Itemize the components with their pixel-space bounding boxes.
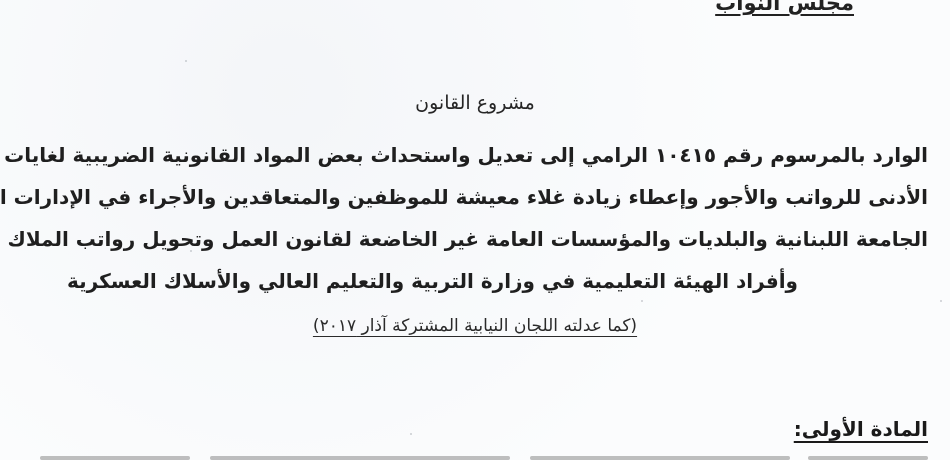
scan-speck [641,300,643,302]
paragraph-line-4: وأفراد الهيئة التعليمية في وزارة التربية… [224,268,798,294]
paragraph-line-1: الوارد بالمرسوم رقم ١٠٤١٥ الرامي إلى تعد… [28,142,928,168]
scan-speck [940,300,942,302]
amendment-note: (كما عدلته اللجان النيابية المشتركة آذار… [0,316,950,336]
issuing-body-header: مجلس النواب [715,0,854,15]
cropped-next-line [0,452,950,460]
cropped-text-ink [40,456,190,460]
article-one-heading: المادة الأولى: [794,417,928,441]
cropped-text-ink [530,456,790,460]
document-title: مشروع القانون [0,92,950,114]
cropped-text-ink [210,456,510,460]
scan-speck [410,433,412,435]
paragraph-line-2: الأدنى للرواتب والأجور وإعطاء زيادة غلاء… [28,184,928,210]
amendment-note-text: (كما عدلته اللجان النيابية المشتركة آذار… [313,316,637,336]
cropped-text-ink [808,456,928,460]
scanned-document-page: مجلس النواب مشروع القانون الوارد بالمرسو… [0,0,950,460]
paragraph-line-3: الجامعة اللبنانية والبلديات والمؤسسات ال… [28,226,928,252]
scan-speck [190,250,192,252]
scan-speck [185,60,187,62]
